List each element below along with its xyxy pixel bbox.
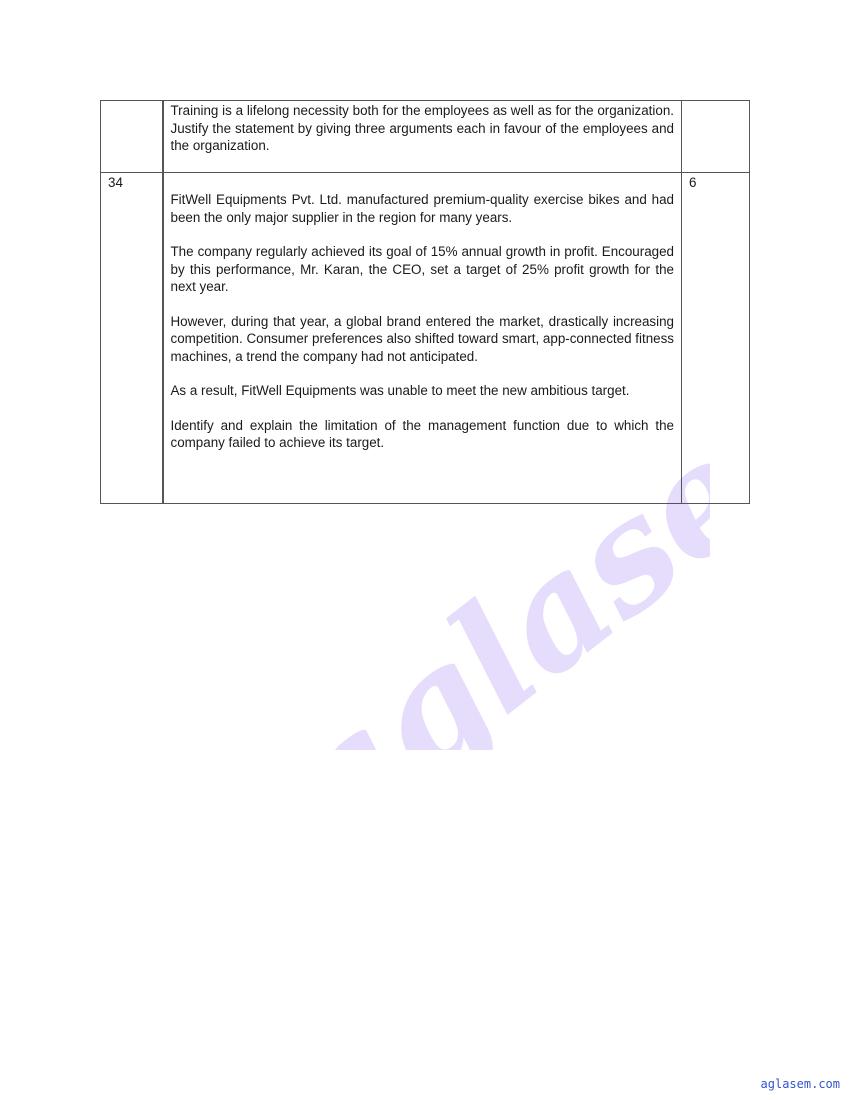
question-body: FitWell Equipments Pvt. Ltd. manufacture… <box>163 173 682 504</box>
question-text: Training is a lifelong necessity both fo… <box>171 102 675 155</box>
question-number <box>101 101 163 173</box>
case-paragraph: However, during that year, a global bran… <box>171 313 675 366</box>
question-row: 34 FitWell Equipments Pvt. Ltd. manufact… <box>101 173 750 504</box>
question-body: Training is a lifelong necessity both fo… <box>163 101 682 173</box>
case-paragraph: FitWell Equipments Pvt. Ltd. manufacture… <box>171 191 675 226</box>
case-paragraph: As a result, FitWell Equipments was unab… <box>171 382 675 400</box>
question-number: 34 <box>101 173 163 504</box>
question-prompt: Identify and explain the limitation of t… <box>171 417 675 452</box>
case-paragraph: The company regularly achieved its goal … <box>171 243 675 296</box>
question-marks: 6 <box>682 173 750 504</box>
question-table: Training is a lifelong necessity both fo… <box>100 100 750 504</box>
footer-site-link[interactable]: aglasem.com <box>761 1077 840 1091</box>
question-row: Training is a lifelong necessity both fo… <box>101 101 750 173</box>
question-marks <box>682 101 750 173</box>
